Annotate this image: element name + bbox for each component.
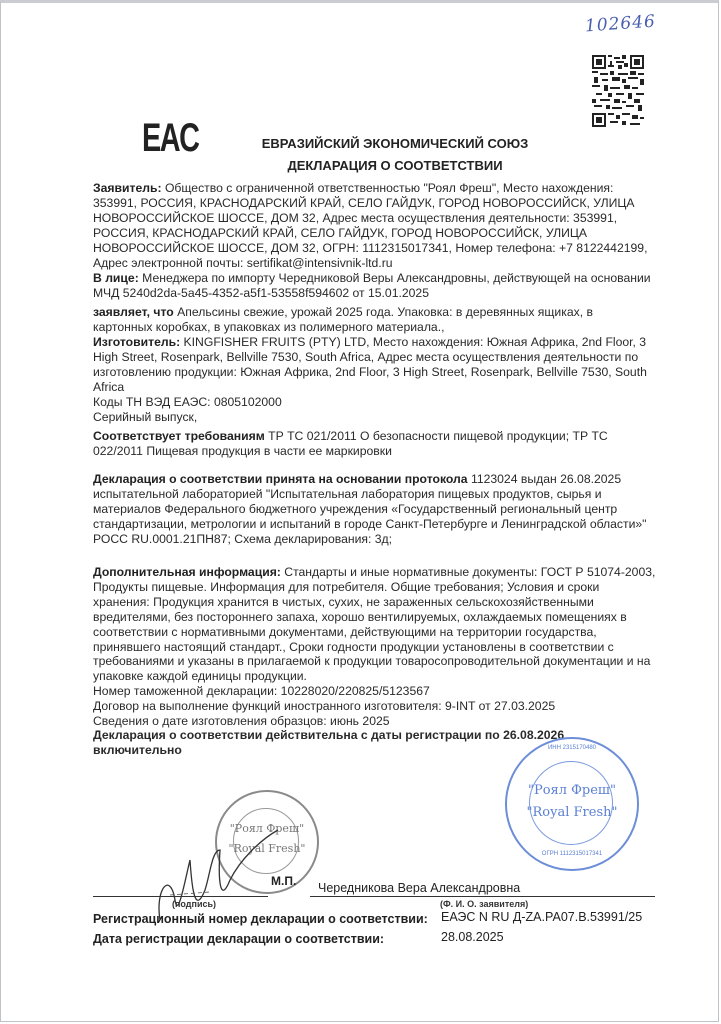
registration-date-value: 28.08.2025: [441, 930, 504, 944]
applicant-email: Адрес электронной почты: sertifikat@inte…: [93, 256, 658, 271]
company-stamp-blue: "Роял Фреш" "Royal Fresh" ИНН 2315170480…: [505, 737, 639, 871]
registration-number-value: ЕАЭС N RU Д-ZA.РА07.В.53991/25: [441, 910, 642, 924]
signature-line: [93, 896, 268, 897]
customs-declaration: Номер таможенной декларации: 10228020/22…: [93, 684, 658, 699]
manufacturer-section: Изготовитель: KINGFISHER FRUITS (PTY) LT…: [93, 335, 658, 424]
basis-section: Декларация о соответствии принята на осн…: [93, 472, 658, 547]
union-title: ЕВРАЗИЙСКИЙ ЭКОНОМИЧЕСКИЙ СОЮЗ: [95, 136, 695, 151]
name-caption: (Ф. И. О. заявителя): [440, 899, 528, 909]
stamp-placement-label: М.П.: [271, 874, 296, 888]
stamp-inner-ring: [529, 761, 613, 845]
additional-info-label: Дополнительная информация:: [93, 565, 281, 579]
registration-number-label: Регистрационный номер декларации о соотв…: [93, 912, 428, 926]
registration-date-label: Дата регистрации декларации о соответств…: [93, 932, 384, 946]
compliance-label: Соответствует требованиям: [93, 429, 265, 443]
sample-date: Сведения о дате изготовления образцов: и…: [93, 714, 658, 729]
hs-code: Коды ТН ВЭД ЕАЭС: 0805102000: [93, 395, 658, 410]
additional-info-section: Дополнительная информация: Стандарты и и…: [93, 565, 658, 729]
applicant-label: Заявитель:: [93, 181, 162, 195]
representative-section: В лице: Менеджера по импорту Чередниково…: [93, 271, 658, 301]
manufacturer-label: Изготовитель:: [93, 335, 180, 349]
basis-label: Декларация о соответствии принята на осн…: [93, 472, 468, 486]
qr-code: [592, 55, 644, 127]
contract-info: Договор на выполнение функций иностранно…: [93, 699, 658, 714]
signature-caption: (подпись): [172, 899, 216, 909]
applicant-section: Заявитель: Общество с ограниченной ответ…: [93, 181, 658, 270]
declares-label: заявляет, что: [93, 305, 174, 319]
document-title: ДЕКЛАРАЦИЯ О СООТВЕТСТВИИ: [95, 158, 695, 173]
production-type: Серийный выпуск,: [93, 410, 658, 425]
compliance-section: Соответствует требованиям ТР ТС 021/2011…: [93, 429, 658, 459]
applicant-name: Чередникова Вера Александровна: [318, 881, 520, 895]
representative-label: В лице:: [93, 271, 139, 285]
name-line: [310, 896, 655, 897]
declares-section: заявляет, что Апельсины свежие, урожай 2…: [93, 305, 658, 335]
